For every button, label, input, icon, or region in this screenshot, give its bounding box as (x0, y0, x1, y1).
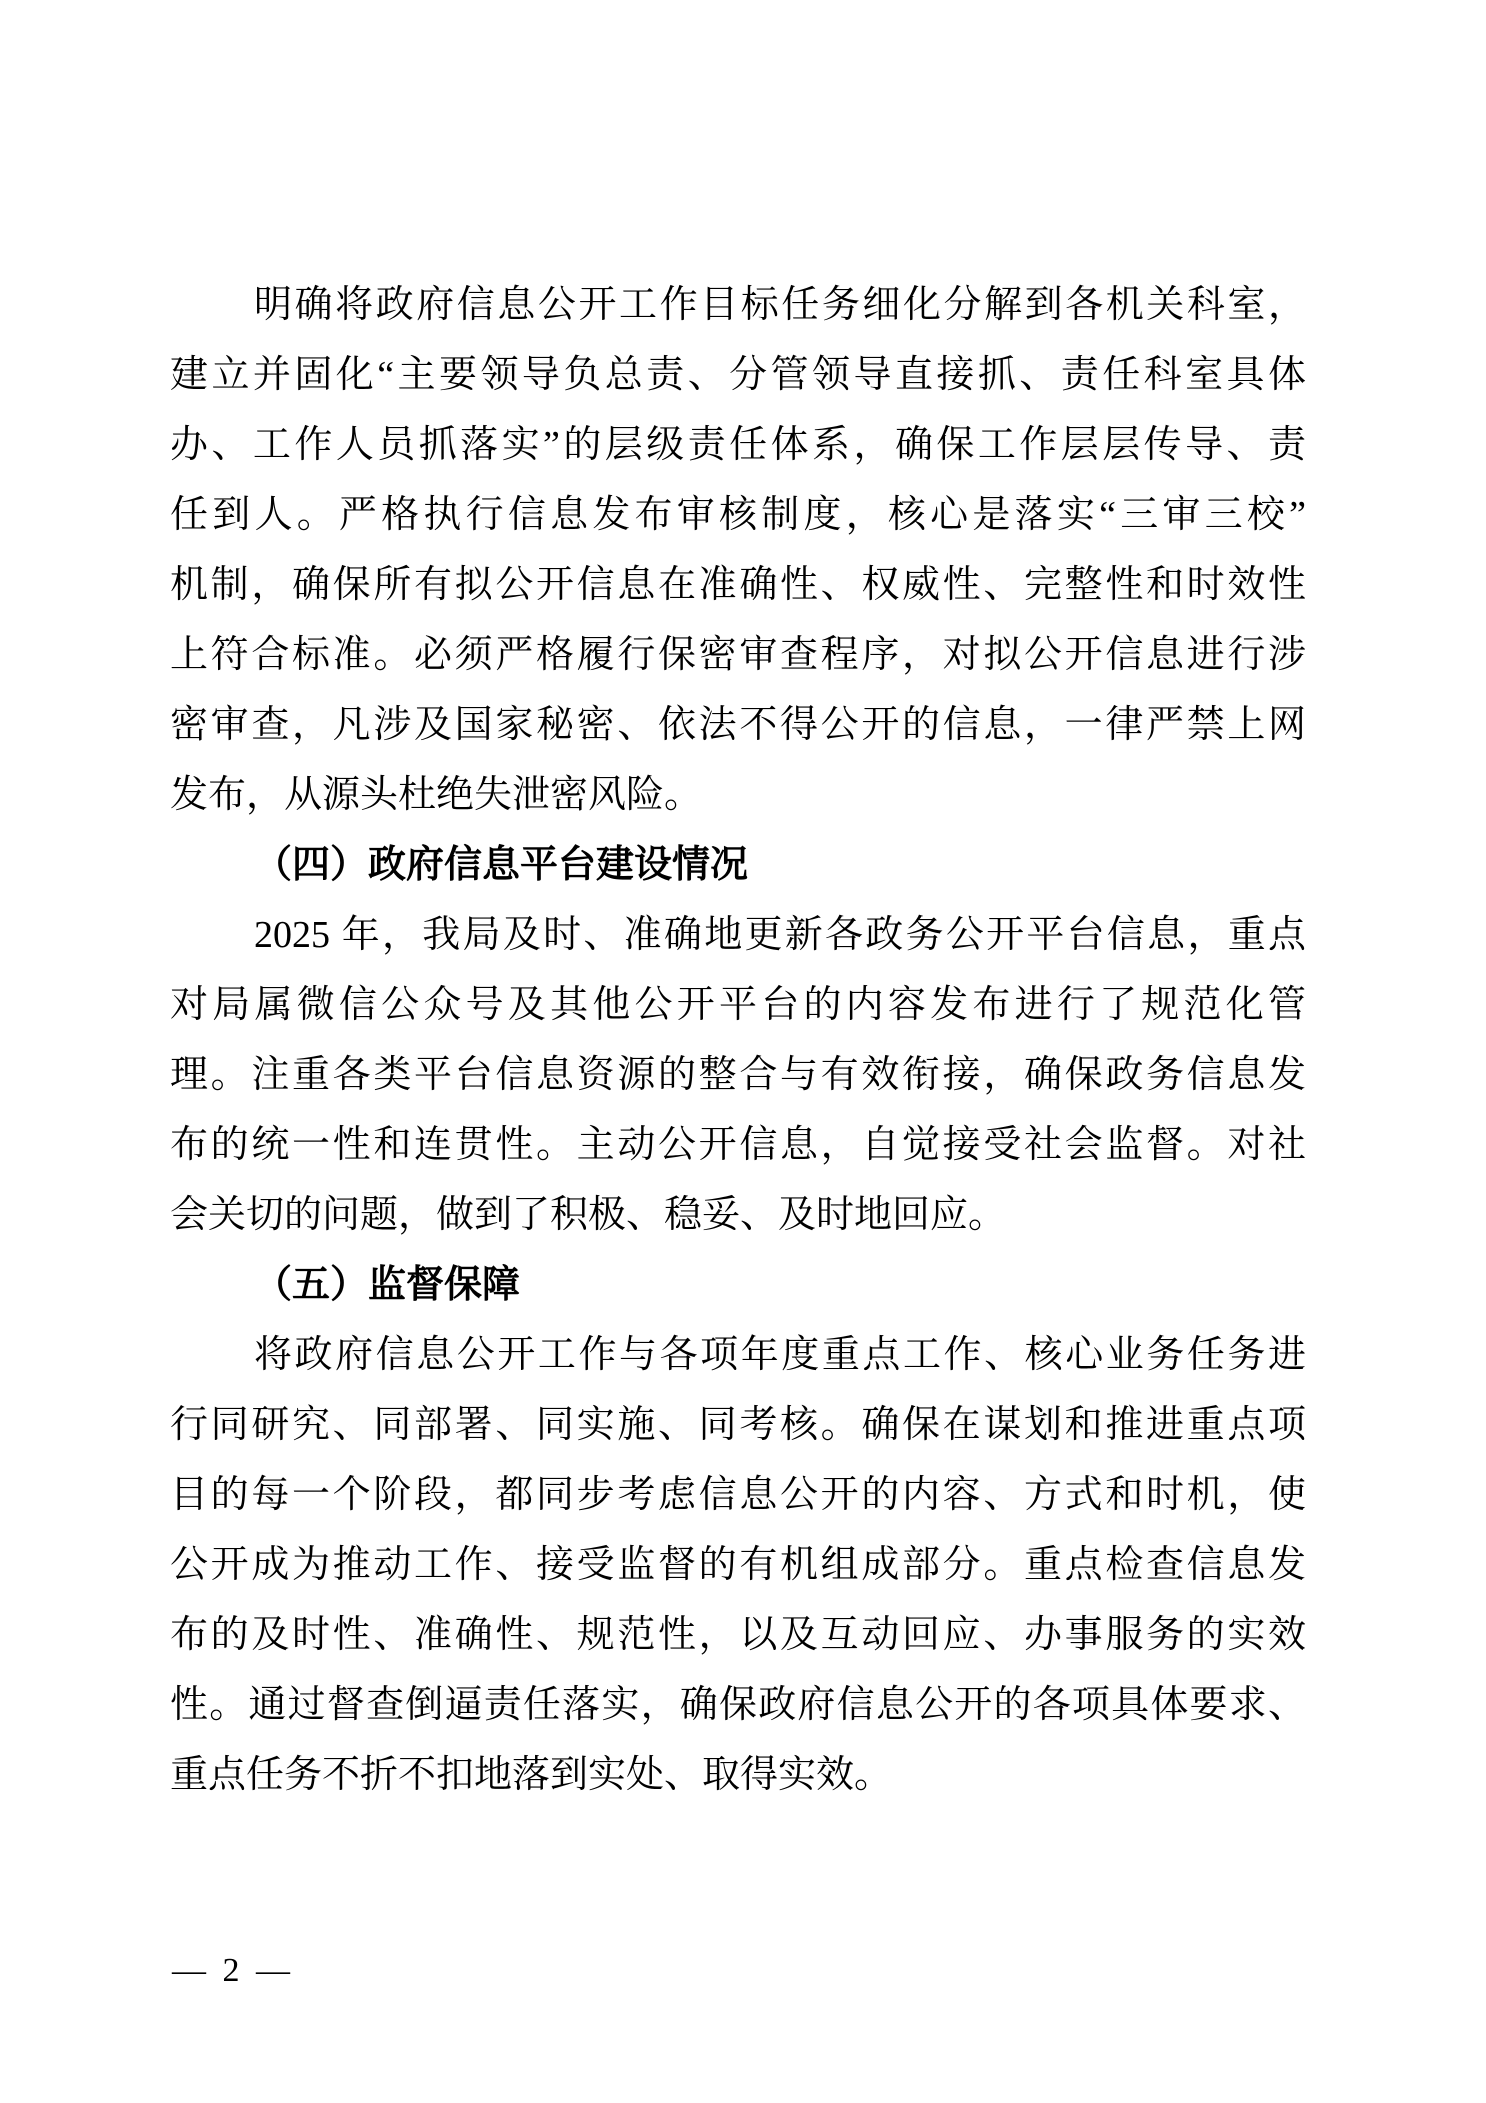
section-heading: （五）监督保障 (170, 1250, 1306, 1320)
body-line: 办、工作人员抓落实”的层级责任体系，确保工作层层传导、责 (170, 410, 1306, 480)
page-number: — 2 — (172, 1950, 294, 1992)
section-heading: （四）政府信息平台建设情况 (170, 830, 1306, 900)
body-line: 布的及时性、准确性、规范性，以及互动回应、办事服务的实效 (170, 1600, 1306, 1670)
body-line: 重点任务不折不扣地落到实处、取得实效。 (170, 1740, 1306, 1810)
document-page: 明确将政府信息公开工作目标任务细化分解到各机关科室，建立并固化“主要领导负总责、… (0, 0, 1486, 2103)
body-line: 会关切的问题，做到了积极、稳妥、及时地回应。 (170, 1180, 1306, 1250)
body-line: 将政府信息公开工作与各项年度重点工作、核心业务任务进 (170, 1320, 1306, 1390)
body-line: 上符合标准。必须严格履行保密审查程序，对拟公开信息进行涉 (170, 620, 1306, 690)
body-line: 性。通过督查倒逼责任落实，确保政府信息公开的各项具体要求、 (170, 1670, 1306, 1740)
body-line: 对局属微信公众号及其他公开平台的内容发布进行了规范化管 (170, 970, 1306, 1040)
body-line: 任到人。严格执行信息发布审核制度，核心是落实“三审三校” (170, 480, 1306, 550)
body-line: 目的每一个阶段，都同步考虑信息公开的内容、方式和时机，使 (170, 1460, 1306, 1530)
document-body: 明确将政府信息公开工作目标任务细化分解到各机关科室，建立并固化“主要领导负总责、… (170, 270, 1306, 1810)
body-line: 公开成为推动工作、接受监督的有机组成部分。重点检查信息发 (170, 1530, 1306, 1600)
body-line: 密审查，凡涉及国家秘密、依法不得公开的信息，一律严禁上网 (170, 690, 1306, 760)
body-line: 2025 年，我局及时、准确地更新各政务公开平台信息，重点 (170, 900, 1306, 970)
body-line: 明确将政府信息公开工作目标任务细化分解到各机关科室， (170, 270, 1306, 340)
body-line: 布的统一性和连贯性。主动公开信息，自觉接受社会监督。对社 (170, 1110, 1306, 1180)
body-line: 机制，确保所有拟公开信息在准确性、权威性、完整性和时效性 (170, 550, 1306, 620)
body-line: 理。注重各类平台信息资源的整合与有效衔接，确保政务信息发 (170, 1040, 1306, 1110)
body-line: 行同研究、同部署、同实施、同考核。确保在谋划和推进重点项 (170, 1390, 1306, 1460)
body-line: 建立并固化“主要领导负总责、分管领导直接抓、责任科室具体 (170, 340, 1306, 410)
body-line: 发布，从源头杜绝失泄密风险。 (170, 760, 1306, 830)
